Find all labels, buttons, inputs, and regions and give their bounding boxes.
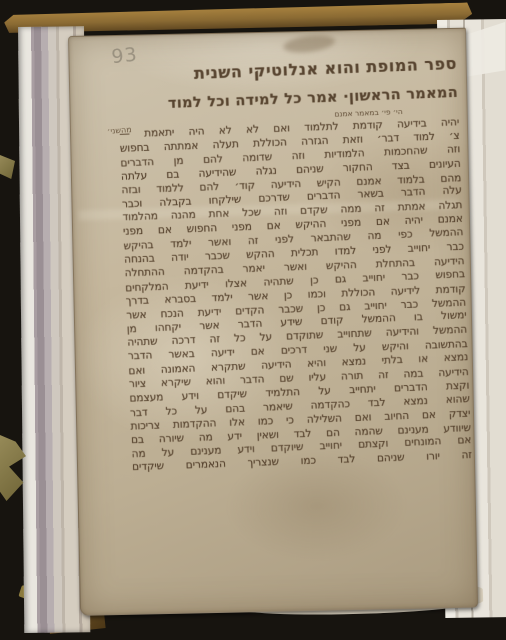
book-title-line: ספר המופת והוא אנלוטיקי השנית	[117, 53, 458, 88]
body-text: יהיה בידיעה קודמת לתלמוד ואם לא לא היה י…	[119, 116, 472, 476]
manuscript-photograph: 93 מהשני׳ ספר המופת והוא אנלוטיקי השנית …	[0, 0, 506, 640]
parchment-page: 93 מהשני׳ ספר המופת והוא אנלוטיקי השנית …	[68, 28, 478, 616]
ink-smudge	[282, 33, 336, 55]
manuscript-text-block: ספר המופת והוא אנלוטיקי השנית המאמר הראש…	[117, 53, 472, 476]
chapter-heading-line: המאמר הראשון· אמר כל למידה וכל למוד	[118, 83, 459, 116]
bookmark-ribbon-upper	[0, 155, 15, 179]
